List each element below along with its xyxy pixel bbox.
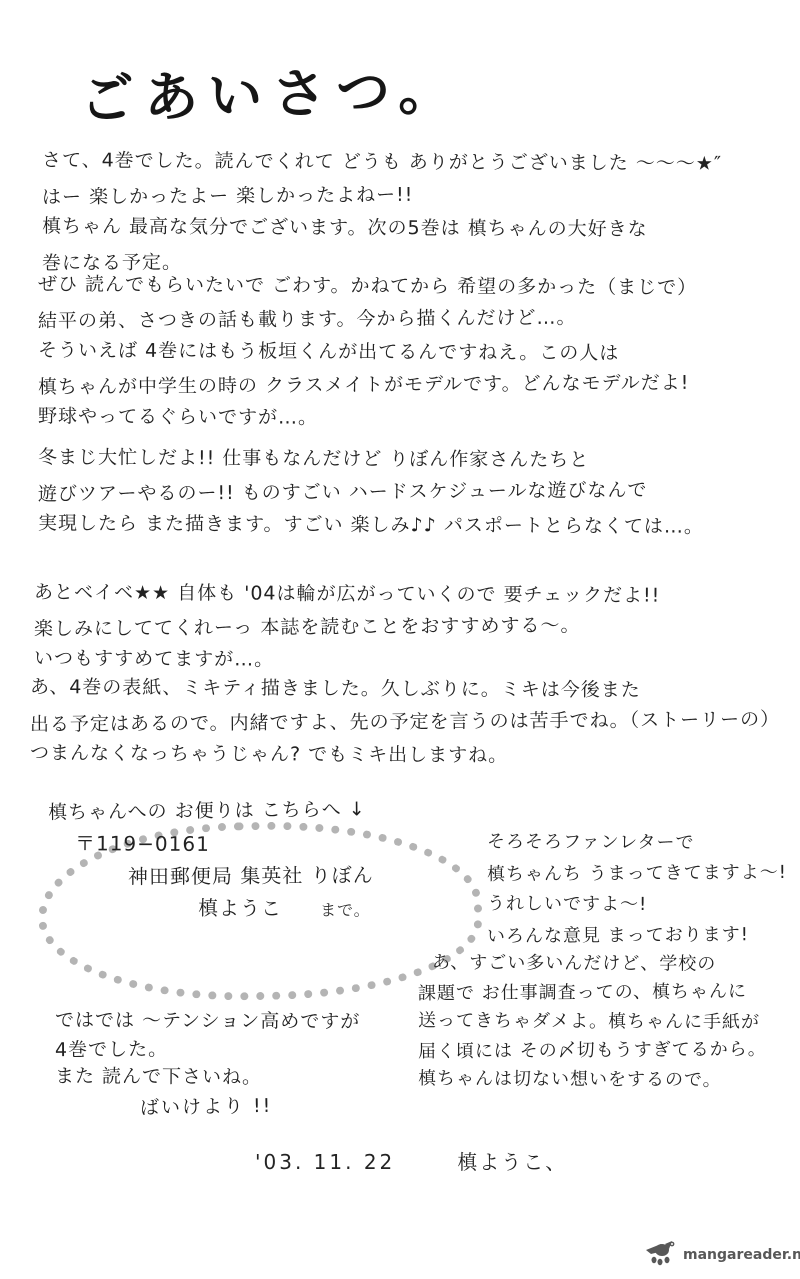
postal-code: 〒119−0161 <box>75 827 374 861</box>
text-line: そういえば 4巻にはもう板垣くんが出てるんですねえ。この人は <box>38 334 697 370</box>
text-line: 槙ちゃんが中学生の時の クラスメイトがモデルです。どんなモデルだよ! <box>38 367 697 405</box>
address-suffix: まで。 <box>320 901 371 920</box>
signoff: '03. 11. 22槙ようこ、 <box>255 1146 567 1175</box>
paragraph-1: さて、4巻でした。読んでくれて どうも ありがとうございました 〜〜〜★″ はー… <box>42 146 722 278</box>
text-line: うれしいですよ〜! <box>487 888 787 921</box>
school-survey-note: あ、すごい多いんだけど、学校の 課題で お仕事調査っての、槙ちゃんに 送ってきち… <box>418 949 767 1094</box>
text-line: 課題で お仕事調査っての、槙ちゃんに <box>418 977 767 1008</box>
farewell-line: ばいけより !! <box>140 1091 273 1120</box>
text-line: また 読んで下さいね。 <box>55 1062 360 1092</box>
manga-afterword-page[interactable]: ごあいさつ。 さて、4巻でした。読んでくれて どうも ありがとうございました 〜… <box>0 0 800 1279</box>
fan-mail-address: 〒119−0161 神田郵便局 集英社 りぼん 槙ようこまで。 <box>75 828 374 926</box>
watermark: mangareader.net <box>645 1240 800 1270</box>
paragraph-4: あとベイベ★★ 自体も '04は輪が広がっていくので 要チェックだよ!! 楽しみ… <box>34 578 660 677</box>
text-line: 槙ちゃん 最高な気分でございます。次の5巻は 槙ちゃんの大好きな <box>42 210 722 247</box>
address-line: 神田郵便局 集英社 りぼん <box>75 859 374 893</box>
text-line: あ、すごい多いんだけど、学校の <box>418 948 767 979</box>
text-line: 槙ちゃんは切ない想いをするので。 <box>418 1064 767 1095</box>
text-line: 出る予定はあるので。内緒ですよ、先の予定を言うのは苦手でね。（ストーリーの） <box>30 703 780 741</box>
text-line: 実現したら また描きます。すごい 楽しみ♪♪ パスポートとらなくては…。 <box>38 507 704 543</box>
text-line: 遊びツアーやるのー!! ものすごい ハードスケジュールな遊びなんで <box>38 474 704 512</box>
text-line: いろんな意見 まっております! <box>487 919 787 952</box>
signoff-date: '03. 11. 22 <box>255 1150 395 1174</box>
watermark-label: mangareader.net <box>683 1247 800 1263</box>
fan-letter-note: そろそろファンレターで 槙ちゃんち うまってきてますよ〜! うれしいですよ〜! … <box>487 827 787 951</box>
text-line: さて、4巻でした。読んでくれて どうも ありがとうございました 〜〜〜★″ <box>42 144 722 181</box>
mangareader-mascot-icon <box>645 1240 679 1270</box>
text-line: 槙ちゃんち うまってきてますよ〜! <box>487 857 787 890</box>
text-line: 4巻でした。 <box>55 1034 360 1064</box>
text-line: あ、4巻の表紙、ミキティ描きました。久しぶりに。ミキは今後また <box>30 671 780 708</box>
closing-paragraph: ではでは 〜テンション高めですが 4巻でした。 また 読んで下さいね。 <box>55 1007 360 1091</box>
text-line: あとベイベ★★ 自体も '04は輪が広がっていくので 要チェックだよ!! <box>34 576 660 612</box>
address-recipient: 槙ようこまで。 <box>75 891 374 927</box>
author-name: 槙ようこ <box>198 896 282 920</box>
text-line: 送ってきちゃダメよ。槙ちゃんに手紙が <box>418 1006 767 1037</box>
text-line: 冬まじ大忙しだよ!! 仕事もなんだけど りぼん作家さんたちと <box>38 441 704 477</box>
page-title: ごあいさつ。 <box>79 47 463 134</box>
text-line: はー 楽しかったよー 楽しかったよねー!! <box>42 177 722 215</box>
text-line: 届く頃には その〆切もうすぎてるから。 <box>418 1035 767 1066</box>
text-line: ではでは 〜テンション高めですが <box>55 1006 360 1036</box>
paragraph-5: あ、4巻の表紙、ミキティ描きました。久しぶりに。ミキは今後また 出る予定はあるの… <box>30 673 780 772</box>
text-line: 楽しみにしててくれーっ 本誌を読むことをおすすめする〜。 <box>34 609 660 646</box>
text-line: そろそろファンレターで <box>487 826 787 859</box>
text-line: ぜひ 読んでもらいたいで ごわす。かねてから 希望の多かった（まじで） <box>38 268 697 304</box>
text-line: 野球やってるぐらいですが…。 <box>38 400 697 436</box>
paragraph-3: 冬まじ大忙しだよ!! 仕事もなんだけど りぼん作家さんたちと 遊びツアーやるのー… <box>38 443 704 542</box>
text-line: つまんなくなっちゃうじゃん? でもミキ出しますね。 <box>30 737 780 774</box>
signoff-author: 槙ようこ、 <box>457 1150 567 1174</box>
paragraph-2: ぜひ 読んでもらいたいで ごわす。かねてから 希望の多かった（まじで） 結平の弟… <box>38 270 697 435</box>
text-line: 結平の弟、さつきの話も載ります。今から描くんだけど…。 <box>38 301 697 339</box>
